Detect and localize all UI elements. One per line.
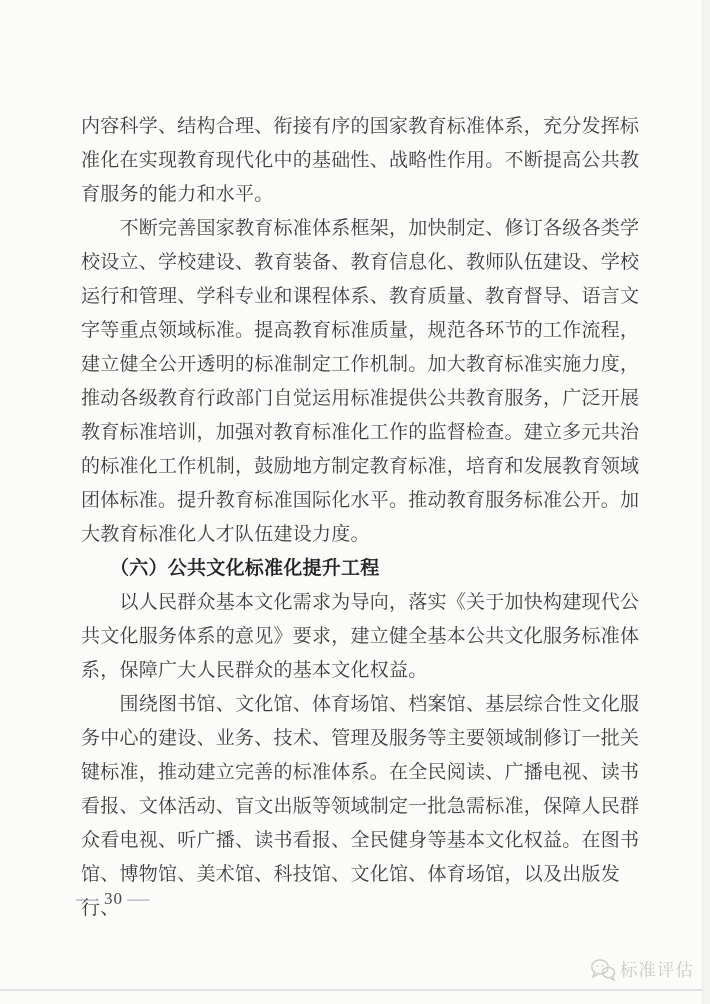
bottom-rule bbox=[0, 989, 710, 991]
document-body: 内容科学、结构合理、衔接有序的国家教育标准体系，充分发挥标 准化在实现教育现代化… bbox=[81, 110, 641, 926]
page-number-footer: — 30 — bbox=[79, 889, 148, 909]
watermark-label: 标准评估 bbox=[620, 957, 694, 982]
page-edge-line bbox=[702, 0, 703, 1004]
paragraph-education-standards-intro: 内容科学、结构合理、衔接有序的国家教育标准体系，充分发挥标 准化在实现教育现代化… bbox=[81, 110, 641, 212]
footer-dash-right: — bbox=[127, 889, 150, 909]
footer-dash-left: — bbox=[76, 889, 99, 909]
document-page: 内容科学、结构合理、衔接有序的国家教育标准体系，充分发挥标 准化在实现教育现代化… bbox=[0, 0, 710, 1004]
page-edge-shade bbox=[703, 0, 710, 1004]
paragraph-education-standards-system: 不断完善国家教育标准体系框架，加快制定、修订各级各类学 校设立、学校建设、教育装… bbox=[81, 212, 641, 552]
page-number: 30 bbox=[104, 889, 123, 909]
paragraph-culture-venues: 围绕图书馆、文化馆、体育场馆、档案馆、基层综合性文化服 务中心的建设、业务、技术… bbox=[81, 688, 641, 926]
section-heading-public-culture: （六）公共文化标准化提升工程 bbox=[81, 552, 641, 586]
watermark: 标准评估 bbox=[590, 957, 694, 982]
paragraph-culture-needs: 以人民群众基本文化需求为导向，落实《关于加快构建现代公 共文化服务体系的意见》要… bbox=[81, 586, 641, 688]
wechat-icon bbox=[590, 958, 616, 981]
